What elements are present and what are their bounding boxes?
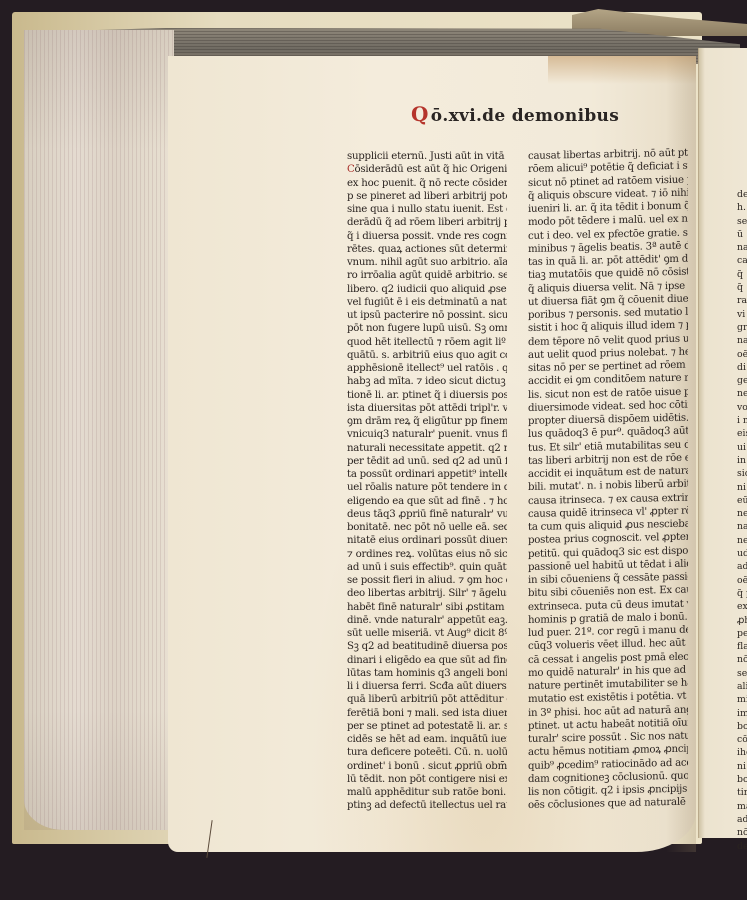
book-photograph: deh.seūnacaq̃q̃ravigrnaoēdigenevoi meisu… [0, 0, 747, 900]
text-line: se possit fieri in aliud. ⁊ ꝯm hoc cōpet… [347, 574, 507, 587]
text-line: habēt finē naturalr' sibi ꝓstitam beatit… [347, 601, 507, 614]
facing-fragment: na [737, 520, 747, 533]
facing-fragment: gr [737, 321, 747, 334]
running-heading: Qō.xvi.de demonibus [411, 102, 619, 126]
text-line: ta possūt ordinari appetit⁹ intellectual… [347, 468, 507, 481]
text-line: ⁊ ordines reꝝ. volūtas eius nō sic fertu… [347, 548, 507, 561]
facing-fragment: ad [737, 813, 747, 826]
text-line: lū tēdit. non pōt contigere nisi ex hoc … [347, 773, 507, 786]
facing-fragment: i m [737, 414, 747, 427]
facing-fragment: in [737, 454, 747, 467]
text-line: vel fugiūt ē i eis deṫminatū a natura. i… [347, 296, 507, 309]
page-stack-fore-edge [24, 30, 174, 830]
text-line: quod hēt itellectū ⁊ rōem agit liº arº. … [347, 336, 507, 349]
facing-page: deh.seūnacaq̃q̃ravigrnaoēdigenevoi meisu… [698, 48, 747, 838]
facing-fragment: h. [737, 201, 747, 214]
facing-fragment: oē [737, 348, 747, 361]
rubricated-initial: Q [411, 102, 429, 126]
text-line: supplicii eternū. Justi aūt in vitā eter… [347, 150, 507, 163]
text-line: quātū. s. arbitriū eius quo agit consequ… [347, 349, 507, 362]
facing-fragment: cō [737, 733, 747, 746]
facing-fragment: eū [737, 494, 747, 507]
text-line: naturali necessitate appetit. q2 natura … [347, 442, 507, 455]
text-line: bonitatē. nec pōt nō uelle eā. sed q2 ad… [347, 521, 507, 534]
facing-fragment: q̃ [737, 268, 747, 281]
text-line: sūt uelle miseriā. vt Aug⁹ dicit 8º de t… [347, 627, 507, 640]
facing-fragment: ma [737, 800, 747, 813]
text-line: rētes. quaꝝ actiones sūt determinate ad [347, 243, 507, 256]
text-line: per tēdit ad unū. sed q2 ad unū finē mul [347, 455, 507, 468]
text-line: cidēs se hēt ad eam. inquātū iuenitur i … [347, 733, 507, 746]
text-line: ptinꝫ ad defectū itellectus uel ratōis. … [347, 799, 507, 812]
facing-fragment: di [737, 361, 747, 374]
facing-page-text-fragments: deh.seūnacaq̃q̃ravigrnaoēdigenevoi meisu… [737, 188, 747, 853]
facing-fragment: ex [737, 600, 747, 613]
facing-fragment: ū [737, 228, 747, 241]
text-column-right: causat libertas arbitrij. nō aūt ptinet … [528, 147, 688, 813]
text-line: li i diuersa ferri. Scđa aūt diuersitas … [347, 680, 507, 693]
facing-fragment: ud [737, 547, 747, 560]
text-line: vnicuiq3 naturalr' puenit. vnus finis qu… [347, 428, 507, 441]
text-line: uel rōalis nature pōt tendere in diuersa [347, 481, 507, 494]
text-line: deo libertas arbitrij. Silr' ⁊ āgelus ⁊ … [347, 587, 507, 600]
facing-fragment: nō [737, 826, 747, 839]
text-line: q̃ i diuersa possit. vnde res cognitōe c… [347, 230, 507, 243]
rubricated-capital: C [347, 164, 355, 175]
text-line: tionē li. ar. ptinet q̃ i diuersis possi… [347, 389, 507, 402]
heading-text: ō.xvi.de demonibus [431, 106, 619, 126]
facing-fragment: nō [737, 653, 747, 666]
text-line: Sꝫ q2 ad beatitudinē diuersa possūt or [347, 640, 507, 653]
text-line: ro irrōalia agūt quidē arbitrio. sed non [347, 269, 507, 282]
text-line: apphēsionē itellect⁹ uel ratōis . que se [347, 362, 507, 375]
text-line: per se ptinet ad potestatē li. ar. sed p… [347, 720, 507, 733]
text-line: vnum. nihil agūt suo arbitrio. aīalia ue [347, 256, 507, 269]
facing-fragment: ge [737, 374, 747, 387]
facing-fragment: sed [737, 667, 747, 680]
text-line: malū apphēditur sub ratōe boni. quod [347, 786, 507, 799]
text-line: quā liberū arbitriū pōt attēditur ꝯꝫ dif [347, 693, 507, 706]
facing-fragment: pe [737, 627, 747, 640]
text-line: pōt non fugere lupū uisū. Sꝫ omne illud [347, 322, 507, 335]
facing-fragment: ni [737, 481, 747, 494]
text-column-left: supplicii eternū. Justi aūt in vitā eter… [347, 150, 507, 813]
text-line: Cōsiderādū est aūt q̃ hic Origeni. erro2 [347, 163, 507, 176]
text-line: habꝫ ad mīta. ⁊ ideo sicut dictuꝫ ē ad r… [347, 375, 507, 388]
facing-fragment: bo [737, 773, 747, 786]
facing-fragment: vo [737, 401, 747, 414]
facing-fragment: na [737, 241, 747, 254]
facing-fragment: de [737, 188, 747, 201]
text-line: ista diuersitas pōt attēdi tripl'r. vno … [347, 402, 507, 415]
stack-shading [24, 30, 174, 830]
facing-fragment: bo [737, 720, 747, 733]
facing-fragment: ra [737, 294, 747, 307]
text-line: libero. q2 iudicii quo aliquid ꝓsequitur [347, 283, 507, 296]
facing-fragment: ad [737, 560, 747, 573]
text-line: eligendo ea que sūt ad finē . ⁊ hoc modo [347, 495, 507, 508]
facing-fragment: im [737, 707, 747, 720]
facing-fragment: ni [737, 760, 747, 773]
facing-fragment: mi [737, 693, 747, 706]
facing-fragment: de [737, 840, 747, 853]
facing-fragment: sio [737, 467, 747, 480]
text-line: p se pineret ad liberi arbitrij potestat… [347, 190, 507, 203]
facing-fragment: vi [737, 308, 747, 321]
facing-fragment: ꝓh [737, 614, 747, 627]
text-line: ut ipsū pacterire nō possint. sicut ouis… [347, 309, 507, 322]
facing-fragment: tir [737, 786, 747, 799]
facing-fragment: ui [737, 441, 747, 454]
facing-fragment: q̃ [737, 281, 747, 294]
facing-fragment: ne [737, 507, 747, 520]
text-line: dinari i eligēdo ea que sūt ad finē pōt … [347, 654, 507, 667]
facing-fragment: eis [737, 427, 747, 440]
text-line: ordinet' i bonū . sicut ꝓpriū obm̄. q̄ð … [347, 760, 507, 773]
text-line: derādū q̃ ad rōem liberi arbitrij ptinet [347, 216, 507, 229]
facing-fragment: q̃ p [737, 587, 747, 600]
facing-fragment: ne [737, 387, 747, 400]
facing-fragment: ihe [737, 746, 747, 759]
text-line: tura deficere poteēti. Cū. n. uolūtas de… [347, 746, 507, 759]
text-line: lūtas tam hominis q3 angeli boni uel ma [347, 667, 507, 680]
text-line: deus tāq3 ꝓpriū finē naturalr' vult suaꝫ [347, 508, 507, 521]
facing-fragment: na [737, 334, 747, 347]
text-line: ex hoc puenit. q̃ nō recte cōsiderauit q… [347, 177, 507, 190]
text-line: ad unū i suis effectib⁹. quin quātū est … [347, 561, 507, 574]
facing-fragment: ne [737, 534, 747, 547]
text-line: ferētiā boni ⁊ mali. sed ista diuersitas… [347, 707, 507, 720]
facing-fragment: se [737, 215, 747, 228]
text-line: sine qua i nullo statu iuenit. Est gº cō… [347, 203, 507, 216]
text-line: dinē. vnde naturalr' appetūt eaꝫ. nec po… [347, 614, 507, 627]
facing-fragment: fla [737, 640, 747, 653]
text-line: nitatē eius ordinari possūt diuersi modi [347, 534, 507, 547]
text-line: ꝯm drām reꝝ q̃ eligūtur pp finem. Naꝫ [347, 415, 507, 428]
facing-fragment: ca [737, 254, 747, 267]
facing-fragment: oē [737, 574, 747, 587]
facing-fragment: ali [737, 680, 747, 693]
